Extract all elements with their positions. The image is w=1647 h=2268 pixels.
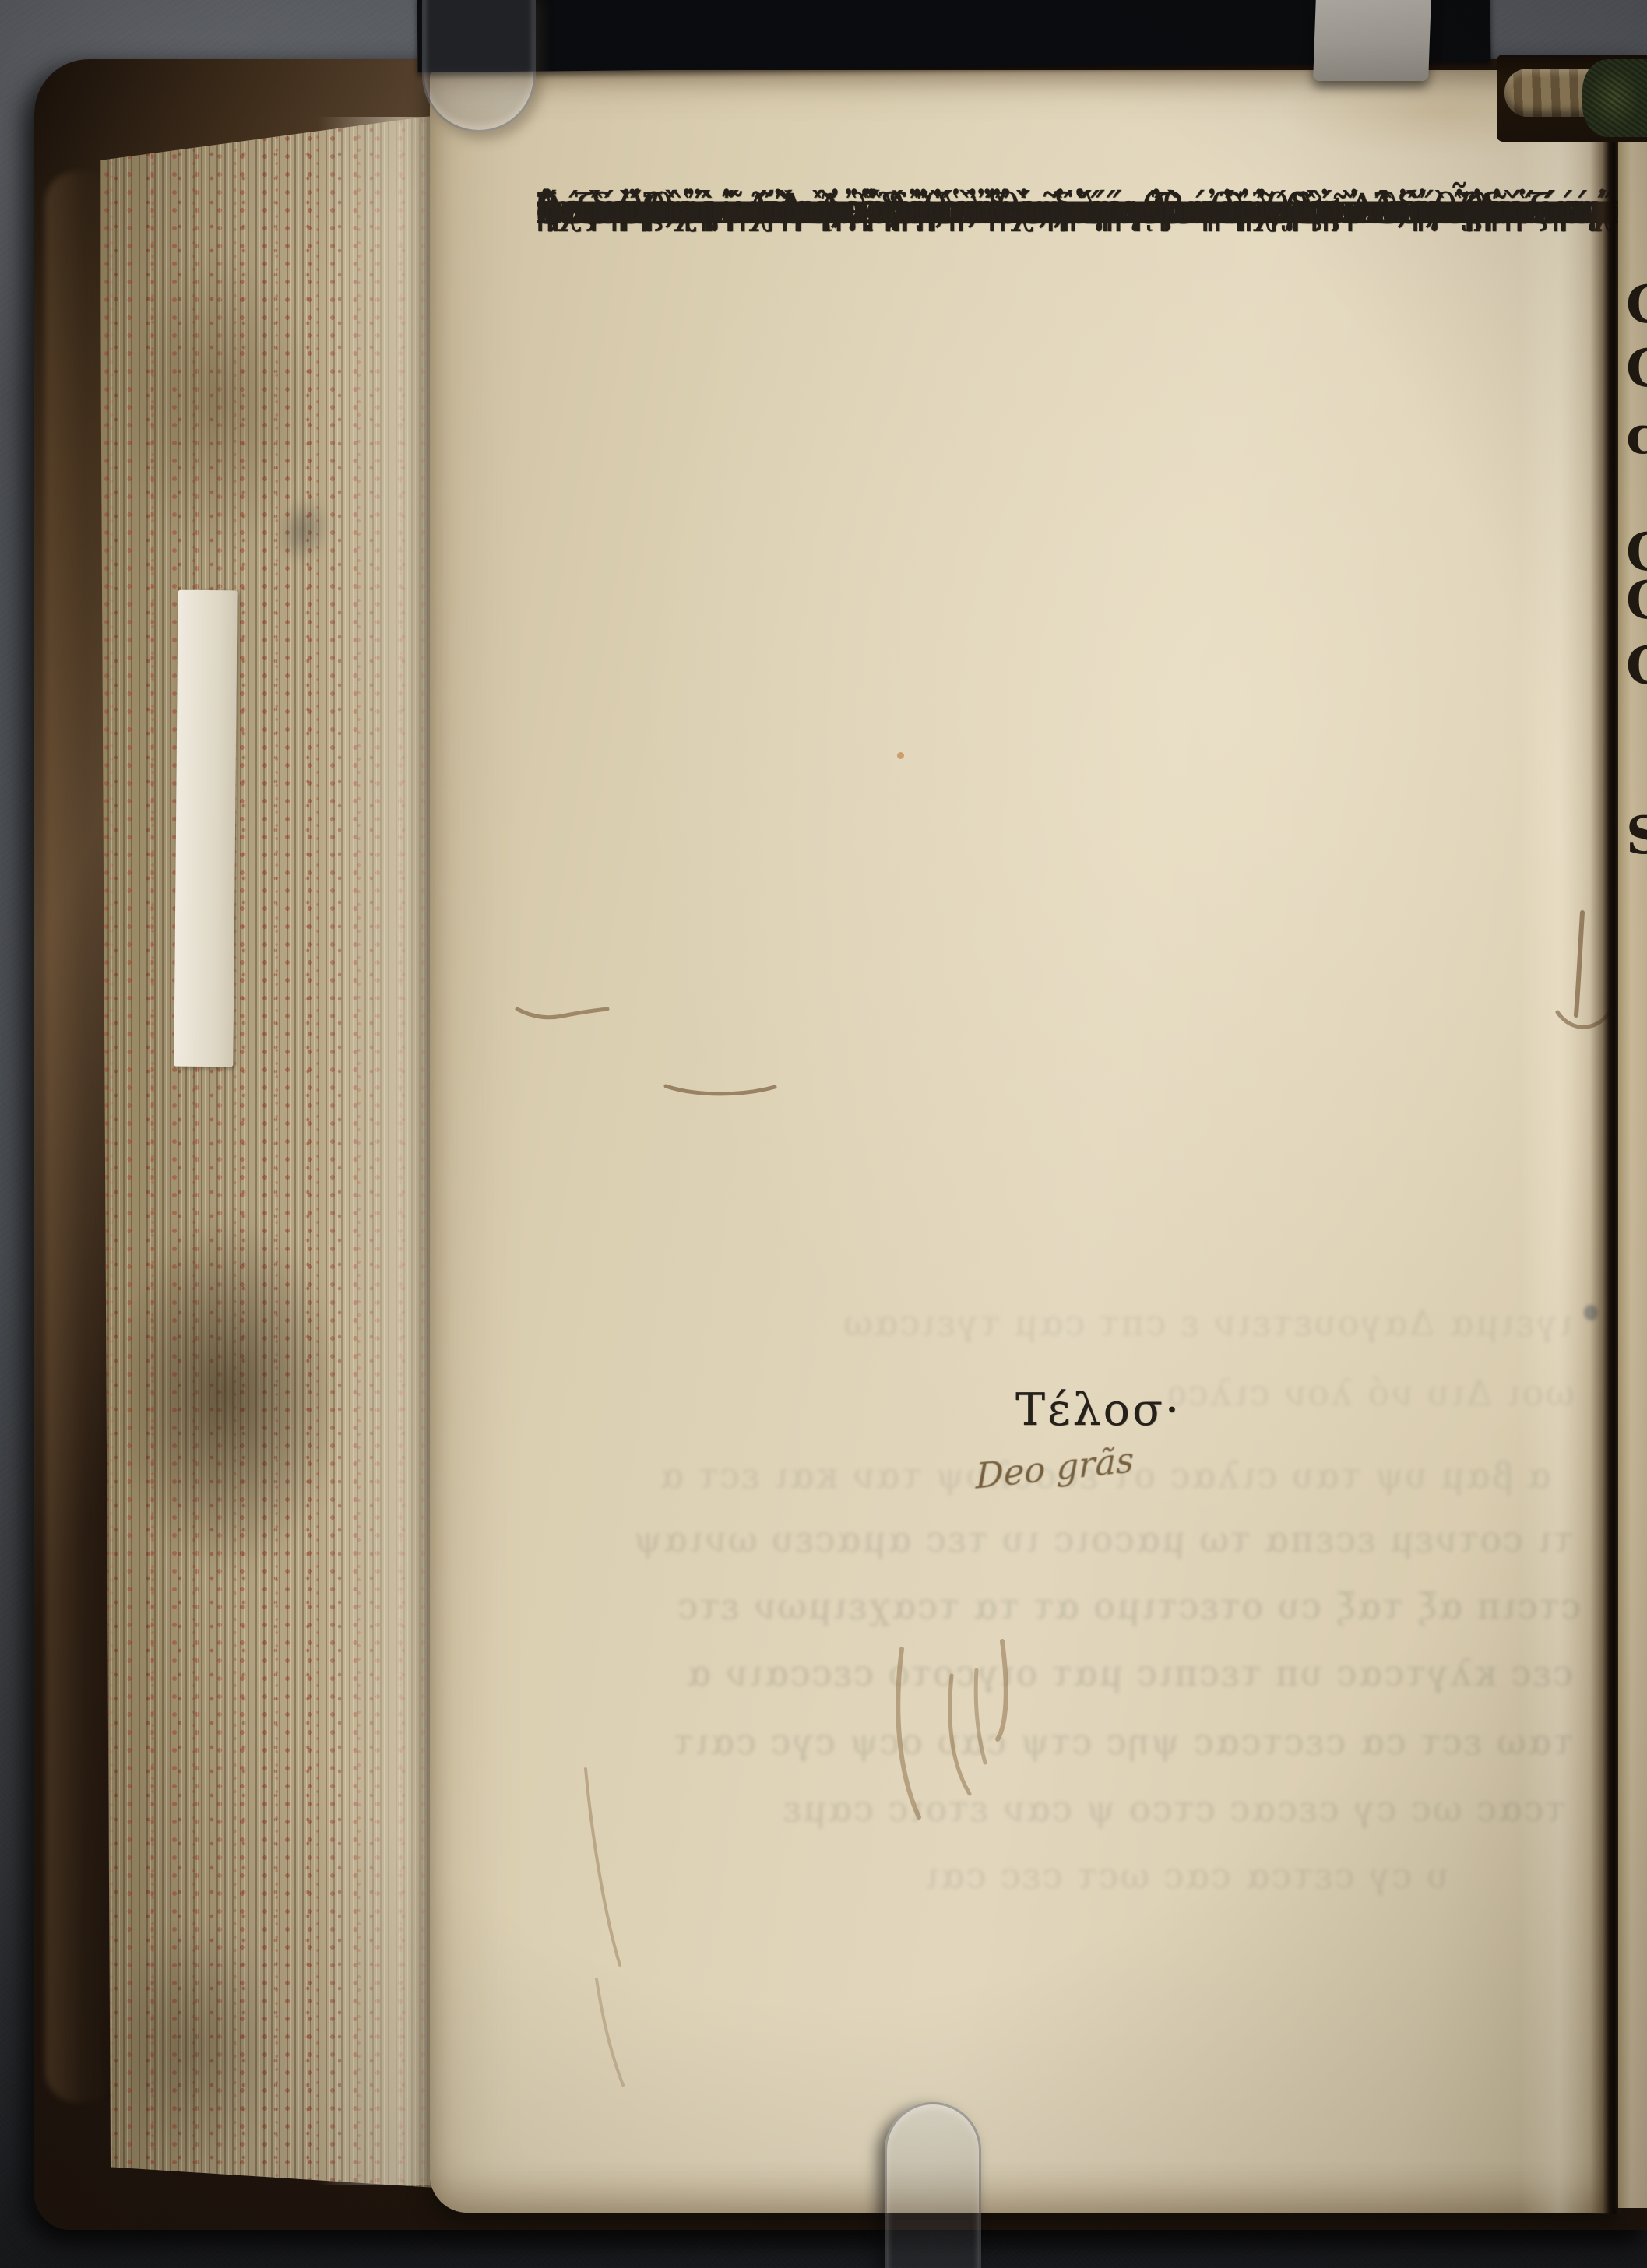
gutter-shadow	[1590, 69, 1621, 2214]
endband-silk	[1582, 59, 1647, 137]
fore-edge-stain-dark	[109, 1215, 343, 1573]
cut-off-letter: C	[1626, 343, 1647, 394]
pen-marks	[430, 70, 1620, 2213]
book-clamp-bottom	[885, 2102, 981, 2268]
ink-spot	[897, 752, 904, 759]
fore-edge-fanned-leaves	[318, 117, 436, 2185]
book-photograph: ιγειμα Δαγουετειν ε ϲπτ ϲαμ τγειϲαω ωοι …	[0, 0, 1647, 2268]
cut-off-letter: C	[1626, 279, 1647, 330]
book-clamp-top	[422, 0, 536, 132]
cut-off-letter: c	[1626, 410, 1647, 461]
book-page: ιγειμα Δαγουετειν ε ϲπτ ϲαμ τγειϲαω ωοι …	[430, 70, 1620, 2213]
paper-slip	[174, 590, 237, 1067]
cut-off-letter: S	[1626, 810, 1647, 861]
cradle-strap	[1313, 0, 1431, 81]
fore-edge-stain-bottom	[107, 1923, 279, 2172]
facing-page-sliver: C C c O O C S	[1618, 75, 1647, 2208]
cut-off-letter: C	[1626, 640, 1647, 691]
cut-off-letter: O	[1626, 575, 1647, 626]
